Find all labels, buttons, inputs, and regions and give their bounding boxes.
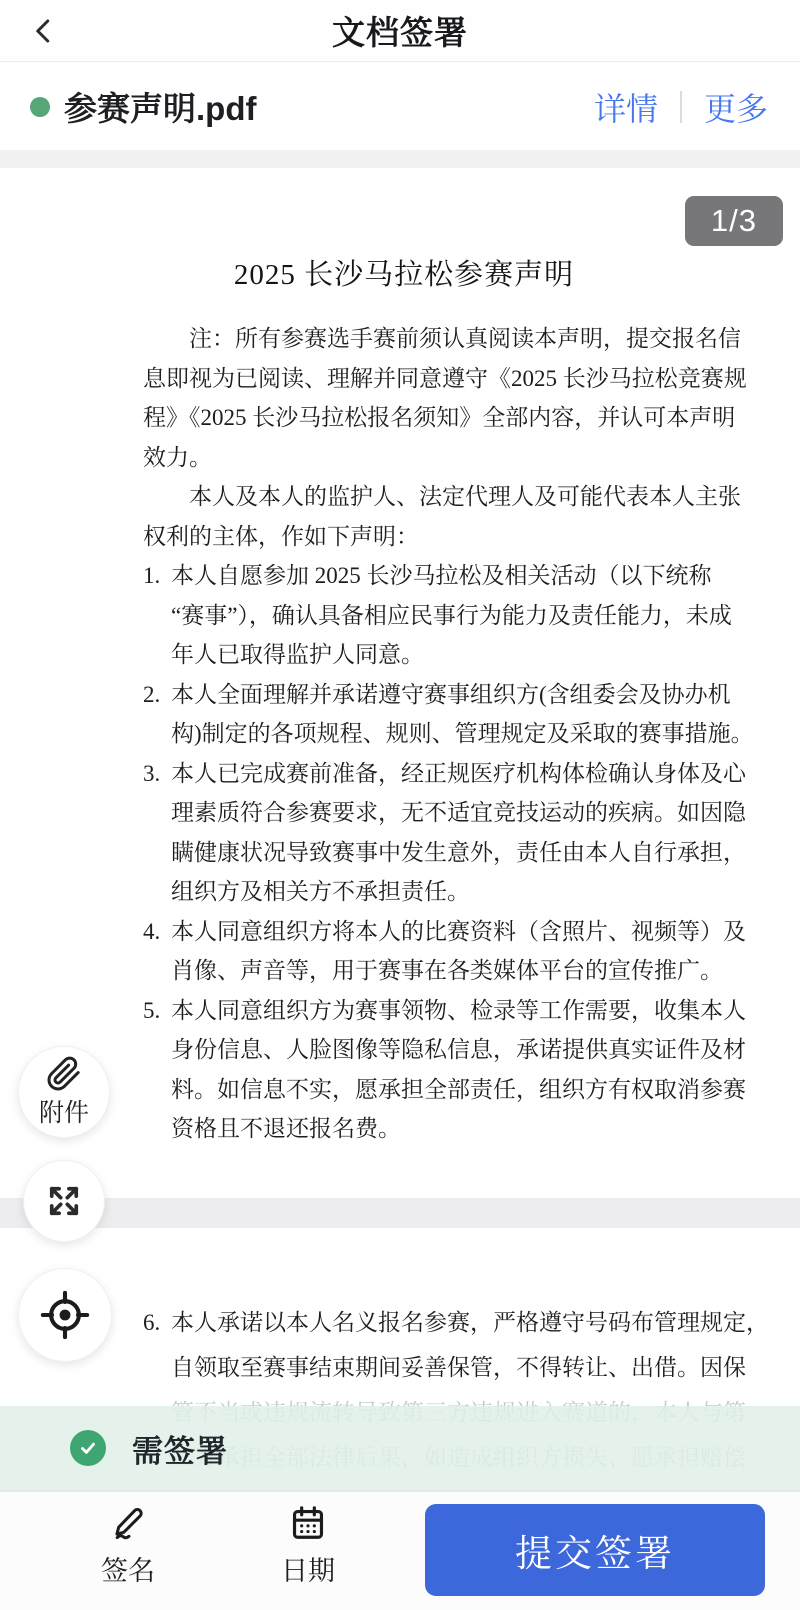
document-text-line: 6. 本人承诺以本人名义报名参赛，严格遵守号码布管理规定， [143, 1300, 673, 1345]
document-text-line: 年人已取得监护人同意。 [143, 635, 673, 675]
document-text-line: 本人及本人的监护人、法定代理人及可能代表本人主张 [143, 477, 673, 517]
document-text-line: 料。如信息不实，愿承担全部责任，组织方有权取消参赛 [143, 1070, 673, 1110]
page-indicator-badge: 1/3 [685, 196, 783, 246]
more-button[interactable]: 更多 [702, 80, 770, 134]
document-text-line: 肖像、声音等，用于赛事在各类媒体平台的宣传推广。 [143, 951, 673, 991]
check-circle-icon [70, 1430, 106, 1466]
line-text: 效力。 [143, 438, 212, 478]
document-text-line: 权利的主体，作如下声明： [143, 517, 673, 557]
document-body-page1: 注：所有参赛选手赛前须认真阅读本声明，提交报名信 息即视为已阅读、理解并同意遵守… [143, 319, 673, 1149]
attachment-fab[interactable]: 附件 [18, 1046, 110, 1138]
attachment-fab-label: 附件 [39, 1093, 89, 1129]
document-text-line: 程》《2025 长沙马拉松报名须知》全部内容，并认可本声明 [143, 398, 673, 438]
line-text: 本人承诺以本人名义报名参赛，严格遵守号码布管理规定， [171, 1300, 769, 1345]
document-text-line: 息即视为已阅读、理解并同意遵守《2025 长沙马拉松竞赛规 [143, 359, 673, 399]
document-text-line: 3. 本人已完成赛前准备，经正规医疗机构体检确认身体及心 [143, 754, 673, 794]
date-tool-label: 日期 [281, 1549, 335, 1588]
chevron-left-icon [29, 14, 59, 48]
line-text: 瞒健康状况导致赛事中发生意外，责任由本人自行承担， [171, 833, 746, 873]
signature-tool-label: 签名 [101, 1549, 155, 1588]
line-text: 程》《2025 长沙马拉松报名须知》全部内容，并认可本声明 [143, 398, 735, 438]
list-number: 2. [143, 675, 171, 715]
document-sign-screen: 文档签署 参赛声明.pdf 详情 更多 1/3 2025 长沙马拉松参赛声明 注… [0, 0, 800, 1610]
document-text-line: 1. 本人自愿参加 2025 长沙马拉松及相关活动（以下统称 [143, 556, 673, 596]
pen-icon [109, 1504, 147, 1542]
needs-signature-label: 需签署 [132, 1426, 228, 1471]
document-text-line: 自领取至赛事结束期间妥善保管，不得转让、出借。因保 [143, 1345, 673, 1390]
signature-tool-button[interactable]: 签名 [78, 1504, 178, 1588]
calendar-icon [289, 1504, 327, 1542]
list-number: 5. [143, 991, 171, 1031]
document-text-line: “赛事”），确认具备相应民事行为能力及责任能力，未成 [143, 596, 673, 636]
back-button[interactable] [18, 8, 70, 54]
document-text-line: 身份信息、人脸图像等隐私信息，承诺提供真实证件及材 [143, 1030, 673, 1070]
list-number: 4. [143, 912, 171, 952]
document-text-line: 构)制定的各项规程、规则、管理规定及采取的赛事措施。 [143, 714, 673, 754]
document-text-line: 理素质符合参赛要求，无不适宜竞技运动的疾病。如因隐 [143, 793, 673, 833]
section-divider [0, 150, 800, 168]
line-text: 身份信息、人脸图像等隐私信息，承诺提供真实证件及材 [171, 1030, 746, 1070]
document-text-line: 2. 本人全面理解并承诺遵守赛事组织方(含组委会及协办机 [143, 675, 673, 715]
line-text: 自领取至赛事结束期间妥善保管，不得转让、出借。因保 [171, 1345, 746, 1390]
paperclip-icon [46, 1056, 82, 1092]
document-title: 2025 长沙马拉松参赛声明 [143, 252, 665, 293]
document-text-line: 4. 本人同意组织方将本人的比赛资料（含照片、视频等）及 [143, 912, 673, 952]
line-text: 本人同意组织方为赛事领物、检录等工作需要，收集本人 [171, 991, 746, 1031]
bottom-toolbar: 签名 日期 提交签署 [0, 1492, 800, 1610]
line-text: 本人全面理解并承诺遵守赛事组织方(含组委会及协办机 [171, 675, 731, 715]
line-text: 构)制定的各项规程、规则、管理规定及采取的赛事措施。 [171, 714, 754, 754]
line-text: 本人已完成赛前准备，经正规医疗机构体检确认身体及心 [171, 754, 746, 794]
line-text: 理素质符合参赛要求，无不适宜竞技运动的疾病。如因隐 [171, 793, 746, 833]
expand-arrows-icon [43, 1180, 85, 1222]
document-text-line: 5. 本人同意组织方为赛事领物、检录等工作需要，收集本人 [143, 991, 673, 1031]
line-text: 组织方及相关方不承担责任。 [171, 872, 470, 912]
file-status-dot [30, 97, 50, 117]
page-title: 文档签署 [332, 7, 468, 54]
file-actions: 详情 更多 [592, 80, 770, 134]
list-number: 3. [143, 754, 171, 794]
locate-sign-field-fab[interactable] [18, 1268, 112, 1362]
line-text: 本人及本人的监护人、法定代理人及可能代表本人主张 [189, 477, 741, 517]
file-name: 参赛声明.pdf [64, 83, 256, 130]
list-number: 6. [143, 1300, 171, 1345]
document-text-line: 资格且不退还报名费。 [143, 1109, 673, 1149]
line-text: 本人同意组织方将本人的比赛资料（含照片、视频等）及 [171, 912, 746, 952]
line-text: “赛事”），确认具备相应民事行为能力及责任能力，未成 [171, 596, 732, 636]
document-text-line: 注：所有参赛选手赛前须认真阅读本声明，提交报名信 [143, 319, 673, 359]
line-text: 年人已取得监护人同意。 [171, 635, 424, 675]
line-text: 息即视为已阅读、理解并同意遵守《2025 长沙马拉松竞赛规 [143, 359, 747, 399]
pdf-viewer[interactable]: 1/3 2025 长沙马拉松参赛声明 注：所有参赛选手赛前须认真阅读本声明，提交… [0, 168, 800, 1490]
fullscreen-fab[interactable] [23, 1160, 105, 1242]
file-bar: 参赛声明.pdf 详情 更多 [0, 63, 800, 150]
needs-signature-banner[interactable]: 需签署 [0, 1406, 800, 1490]
submit-signature-button[interactable]: 提交签署 [425, 1504, 765, 1596]
line-text: 肖像、声音等，用于赛事在各类媒体平台的宣传推广。 [171, 951, 723, 991]
line-text: 资格且不退还报名费。 [171, 1109, 401, 1149]
document-text-line: 瞒健康状况导致赛事中发生意外，责任由本人自行承担， [143, 833, 673, 873]
pdf-page-1: 2025 长沙马拉松参赛声明 注：所有参赛选手赛前须认真阅读本声明，提交报名信 … [0, 168, 800, 1198]
crosshair-target-icon [39, 1289, 91, 1341]
page-separator [0, 1198, 800, 1228]
line-text: 料。如信息不实，愿承担全部责任，组织方有权取消参赛 [171, 1070, 746, 1110]
list-number: 1. [143, 556, 171, 596]
line-text: 本人自愿参加 2025 长沙马拉松及相关活动（以下统称 [171, 556, 712, 596]
line-text: 权利的主体，作如下声明： [143, 517, 419, 557]
top-navbar: 文档签署 [0, 0, 800, 62]
line-text: 注：所有参赛选手赛前须认真阅读本声明，提交报名信 [189, 319, 741, 359]
document-text-line: 效力。 [143, 438, 673, 478]
date-tool-button[interactable]: 日期 [258, 1504, 358, 1588]
vertical-divider [680, 91, 682, 123]
document-text-line: 组织方及相关方不承担责任。 [143, 872, 673, 912]
details-button[interactable]: 详情 [592, 80, 660, 134]
